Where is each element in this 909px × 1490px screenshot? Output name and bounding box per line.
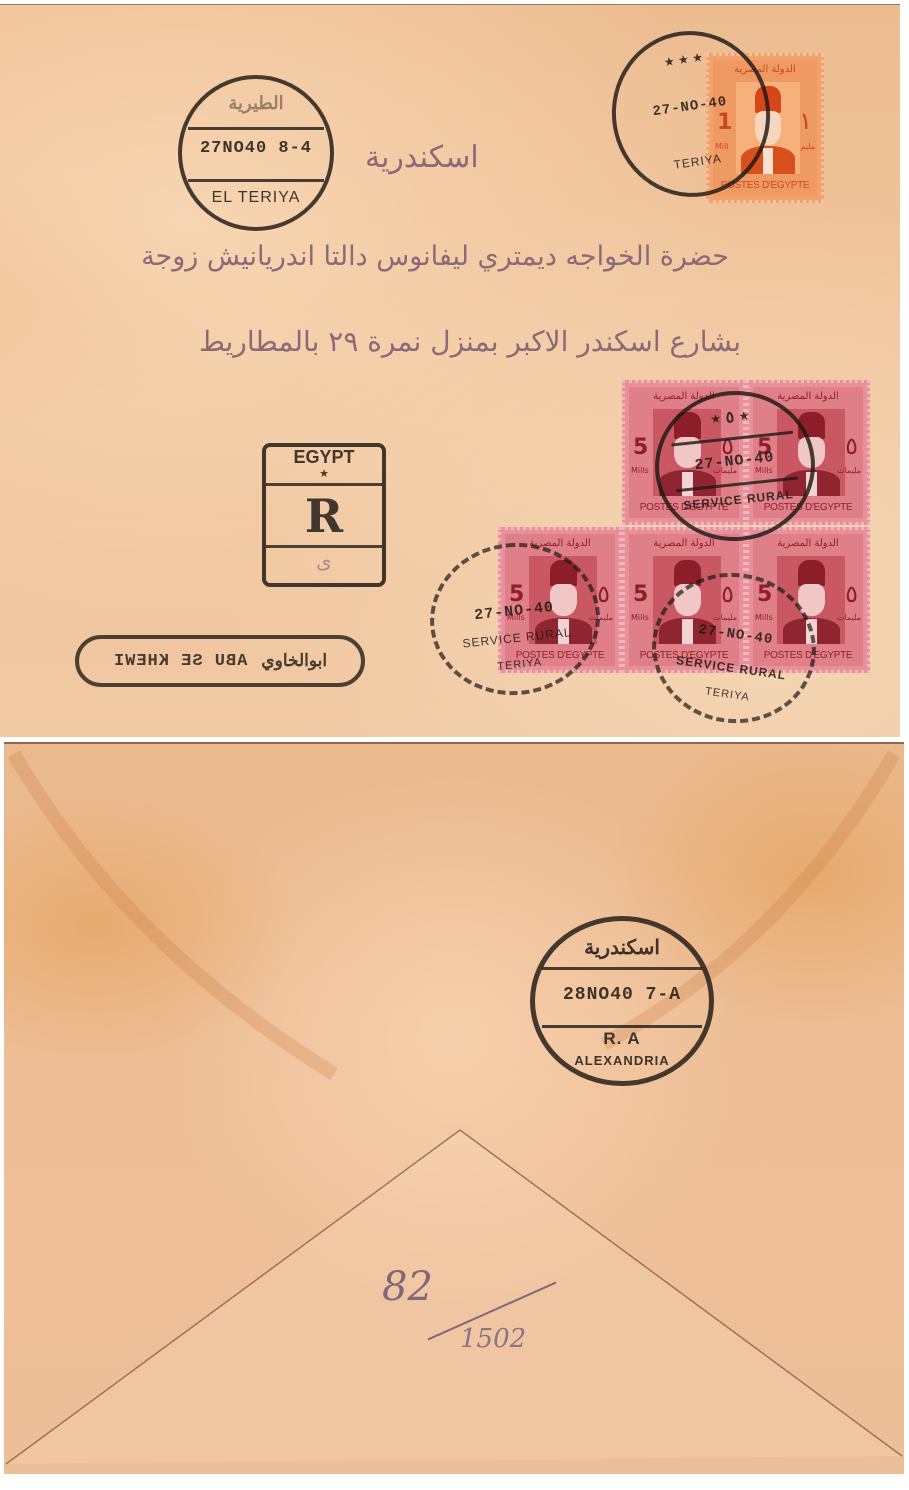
arrival-postmark-place: ALEXANDRIA [535, 1053, 709, 1068]
stamp-unit: Mills [631, 466, 649, 475]
arrival-postmark-date: 28NO40 7-A [535, 985, 709, 1005]
stamp-top-inscription: الدولة المصرية [753, 536, 863, 552]
postmark-bar [188, 179, 324, 182]
origin-postmark: الطيرية 27NO40 8-4 EL TERIYA [178, 75, 334, 231]
stamp-value-arabic: ٥ [845, 434, 858, 458]
divider [266, 483, 382, 486]
sender-cachet: ABU SE KHEWI ابوالخاوي [75, 635, 365, 687]
stamp-unit-arabic: مليم [800, 142, 815, 151]
pencil-note-denominator: 1502 [460, 1324, 526, 1354]
fez [798, 560, 825, 586]
stamp-unit-arabic: مليمات [837, 613, 861, 622]
address-line-1: حضرة الخواجه ديمتري ليفانوس دالتا اندريا… [70, 241, 800, 272]
service-postmark-place: TERIYA [439, 650, 601, 679]
divider [266, 545, 382, 548]
stamp-unit-arabic: مليمات [837, 466, 861, 475]
registration-country: EGYPT [266, 447, 382, 468]
destination-city: اسكندرية [365, 140, 479, 175]
envelope-front: الطيرية 27NO40 8-4 EL TERIYA الدولة المص… [0, 4, 900, 737]
arrival-postmark: اسكندرية 28NO40 7-A R. A ALEXANDRIA [530, 916, 714, 1086]
pencil-note: 82 1502 [382, 1264, 552, 1374]
service-postmark-date: 27-NO-40 [433, 595, 596, 629]
registration-letter: R [266, 491, 382, 541]
postmark-bar [188, 127, 324, 130]
star-icon: ★ [266, 467, 382, 480]
arrival-postmark-office: R. A [535, 1029, 709, 1049]
origin-postmark-place: EL TERIYA [182, 189, 330, 207]
stamp-unit: Mills [631, 613, 649, 622]
origin-postmark-date: 27NO40 8-4 [182, 139, 330, 158]
envelope-back: اسكندرية 28NO40 7-A R. A ALEXANDRIA 82 1… [4, 742, 904, 1474]
sender-cachet-latin: ABU SE KHEWI [113, 652, 247, 671]
stamp-value-arabic: ٥ [597, 582, 610, 606]
stamp-value-arabic: ١ [799, 109, 812, 133]
service-postmark-arabic: ٭ ٭ ٭ [608, 39, 759, 79]
stamp-value-arabic: ٥ [845, 582, 858, 606]
sender-cachet-arabic: ابوالخاوي [261, 651, 327, 671]
service-postmark-place: TERIYA [649, 678, 805, 712]
stamp-value: 5 [633, 584, 648, 606]
service-postmark-date: 27-NO-40 [657, 616, 814, 654]
origin-postmark-arabic: الطيرية [182, 93, 330, 114]
arrival-postmark-arabic: اسكندرية [535, 935, 709, 959]
postmark-bar [542, 1025, 702, 1028]
stamp-value: 5 [633, 437, 648, 459]
pencil-note-numerator: 82 [382, 1264, 433, 1310]
service-postmark-text: SERVICE RURAL [653, 650, 809, 686]
service-postmark-text: SERVICE RURAL [436, 622, 599, 653]
registration-number: ی [266, 549, 382, 573]
service-postmark-date: 27-NO-40 [658, 445, 811, 478]
address-line-2: بشارع اسكندر الاكبر بمنزل نمرة ٢٩ بالمطا… [190, 325, 750, 358]
postmark-bar [542, 967, 702, 970]
registration-label: EGYPT ★ R ی [262, 443, 386, 587]
postmark-bar [671, 431, 792, 447]
service-postmark-date: 27-NO-40 [615, 89, 766, 126]
